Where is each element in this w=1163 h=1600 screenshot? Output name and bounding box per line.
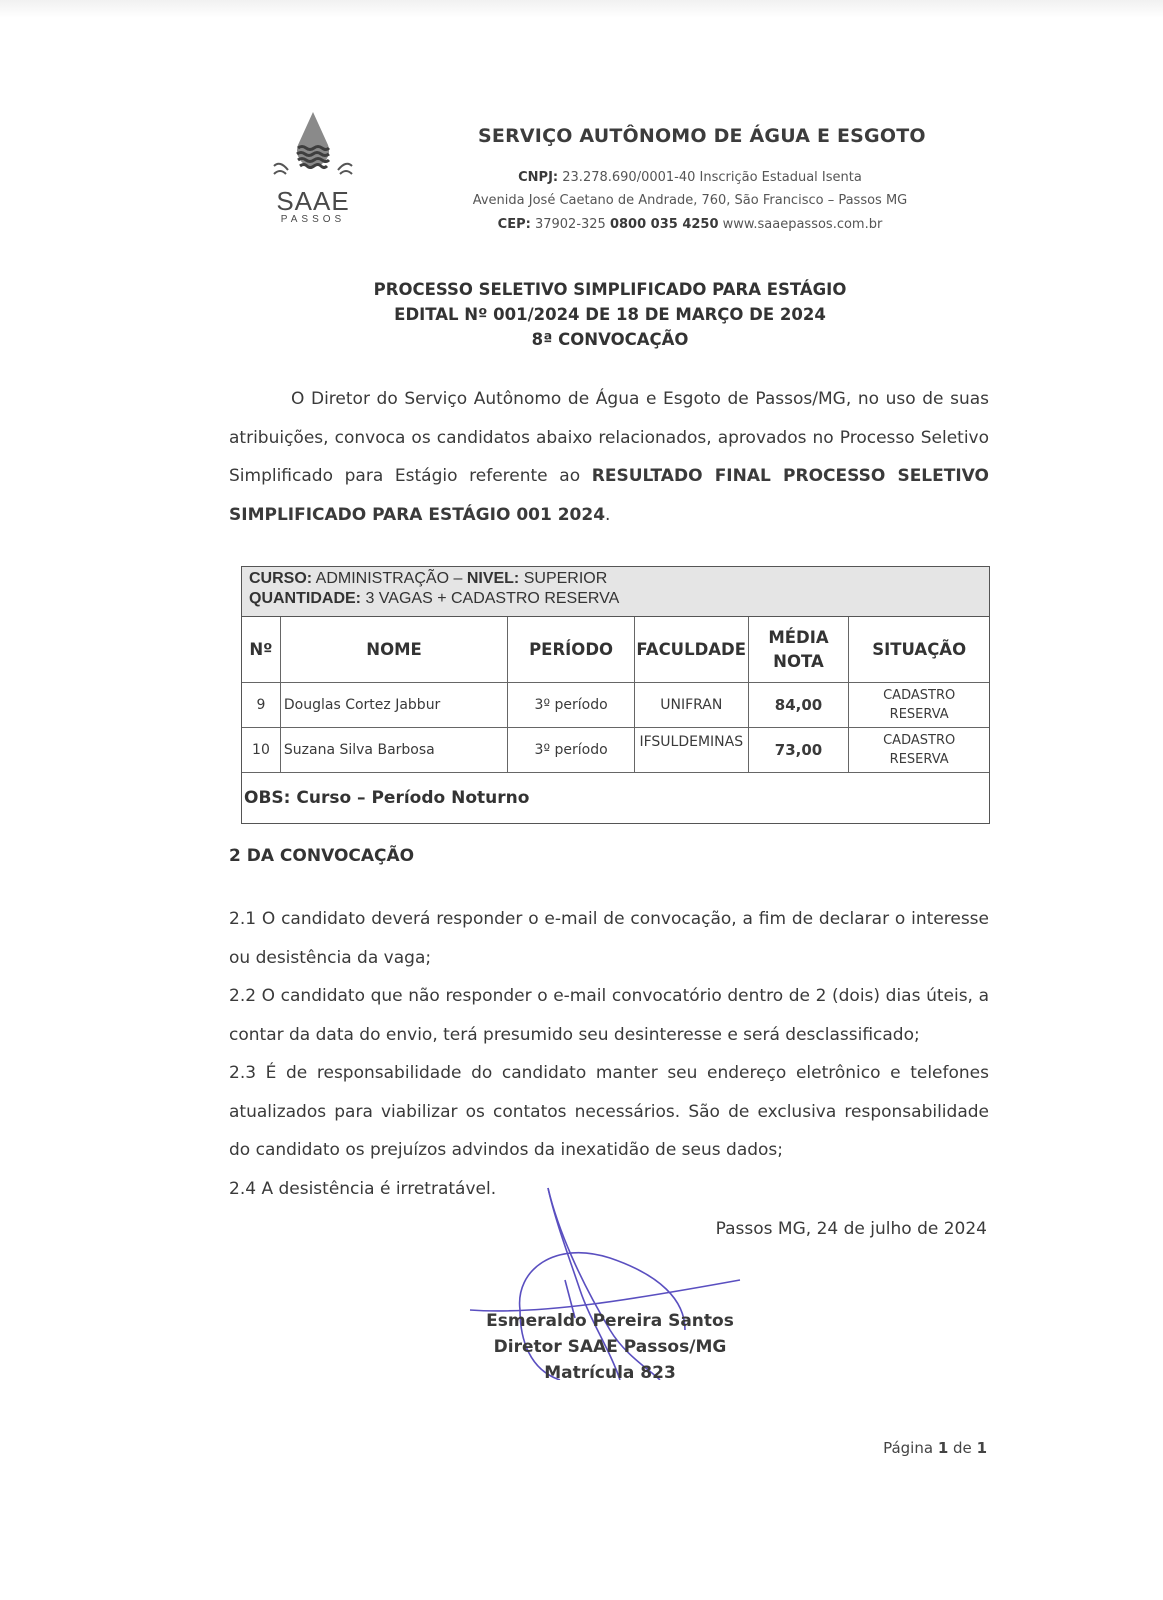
level-label: NIVEL:: [467, 570, 519, 587]
website-link[interactable]: www.saaepassos.com.br: [723, 217, 883, 232]
title-line-2: EDITAL Nº 001/2024 DE 18 DE MARÇO DE 202…: [240, 302, 980, 327]
cell-name: Suzana Silva Barbosa: [281, 728, 508, 772]
cell-period: 3º período: [508, 728, 635, 772]
cep-value: 37902-325: [535, 217, 606, 232]
column-header-number: Nº: [242, 617, 281, 682]
course-value: ADMINISTRAÇÃO –: [316, 570, 463, 587]
cep-label: CEP:: [498, 217, 531, 232]
table-obs-row: OBS: Curso – Período Noturno: [242, 773, 989, 823]
cell-status: CADASTRO RESERVA: [849, 683, 989, 727]
clause-2-2: 2.2 O candidato que não responder o e-ma…: [229, 977, 989, 1054]
cell-grade: 84,00: [749, 683, 850, 727]
cell-faculty: IFSULDEMINAS: [635, 728, 749, 772]
quantity-value: 3 VAGAS + CADASTRO RESERVA: [365, 590, 619, 607]
level-value: SUPERIOR: [524, 570, 608, 587]
phone-number: 0800 035 4250: [610, 217, 719, 232]
cep-line: CEP: 37902-325 0800 035 4250 www.saaepas…: [340, 217, 1040, 232]
clauses-list: 2.1 O candidato deverá responder o e-mai…: [229, 900, 989, 1208]
cell-grade: 73,00: [749, 728, 850, 772]
cell-status: CADASTRO RESERVA: [849, 728, 989, 772]
clause-2-1: 2.1 O candidato deverá responder o e-mai…: [229, 900, 989, 977]
cell-number: 9: [242, 683, 281, 727]
course-label: CURSO:: [249, 570, 312, 587]
title-line-3: 8ª CONVOCAÇÃO: [240, 327, 980, 352]
clause-2-4: 2.4 A desistência é irretratável.: [229, 1170, 989, 1209]
course-header: CURSO: ADMINISTRAÇÃO – NIVEL: SUPERIOR Q…: [242, 567, 989, 617]
results-table: CURSO: ADMINISTRAÇÃO – NIVEL: SUPERIOR Q…: [241, 566, 990, 824]
cell-name: Douglas Cortez Jabbur: [281, 683, 508, 727]
column-header-faculty: FACULDADE: [635, 617, 749, 682]
address-line: Avenida José Caetano de Andrade, 760, Sã…: [340, 193, 1040, 208]
table-row: 10 Suzana Silva Barbosa 3º período IFSUL…: [242, 728, 989, 773]
column-header-status: SITUAÇÃO: [849, 617, 989, 682]
cnpj-line: CNPJ: 23.278.690/0001-40 Inscrição Estad…: [340, 170, 1040, 185]
table-header-row: Nº NOME PERÍODO FACULDADE MÉDIA NOTA SIT…: [242, 617, 989, 683]
signer-name: Esmeraldo Pereira Santos: [440, 1308, 780, 1334]
cnpj-value: 23.278.690/0001-40 Inscrição Estadual Is…: [562, 170, 862, 185]
cell-number: 10: [242, 728, 281, 772]
column-header-grade: MÉDIA NOTA: [749, 617, 850, 682]
place-date: Passos MG, 24 de julho de 2024: [716, 1219, 987, 1239]
clause-2-3: 2.3 É de responsabilidade do candidato m…: [229, 1054, 989, 1170]
table-row: 9 Douglas Cortez Jabbur 3º período UNIFR…: [242, 683, 989, 728]
org-name: SERVIÇO AUTÔNOMO DE ÁGUA E ESGOTO: [478, 125, 926, 147]
quantity-label: QUANTIDADE:: [249, 590, 361, 607]
cell-period: 3º período: [508, 683, 635, 727]
document-title: PROCESSO SELETIVO SIMPLIFICADO PARA ESTÁ…: [240, 277, 980, 352]
signature-block: Esmeraldo Pereira Santos Diretor SAAE Pa…: [440, 1308, 780, 1386]
cell-faculty: UNIFRAN: [635, 683, 749, 727]
column-header-name: NOME: [281, 617, 508, 682]
intro-paragraph: O Diretor do Serviço Autônomo de Água e …: [229, 380, 989, 534]
document-page: SAAE PASSOS SERVIÇO AUTÔNOMO DE ÁGUA E E…: [0, 0, 1163, 1600]
signer-id: Matrícula 823: [440, 1360, 780, 1386]
column-header-period: PERÍODO: [508, 617, 635, 682]
page-number: Página 1 de 1: [883, 1439, 987, 1457]
cnpj-label: CNPJ:: [518, 170, 558, 185]
signer-role: Diretor SAAE Passos/MG: [440, 1334, 780, 1360]
title-line-1: PROCESSO SELETIVO SIMPLIFICADO PARA ESTÁ…: [240, 277, 980, 302]
scan-edge: [0, 0, 1163, 18]
section-title: 2 DA CONVOCAÇÃO: [229, 846, 414, 866]
